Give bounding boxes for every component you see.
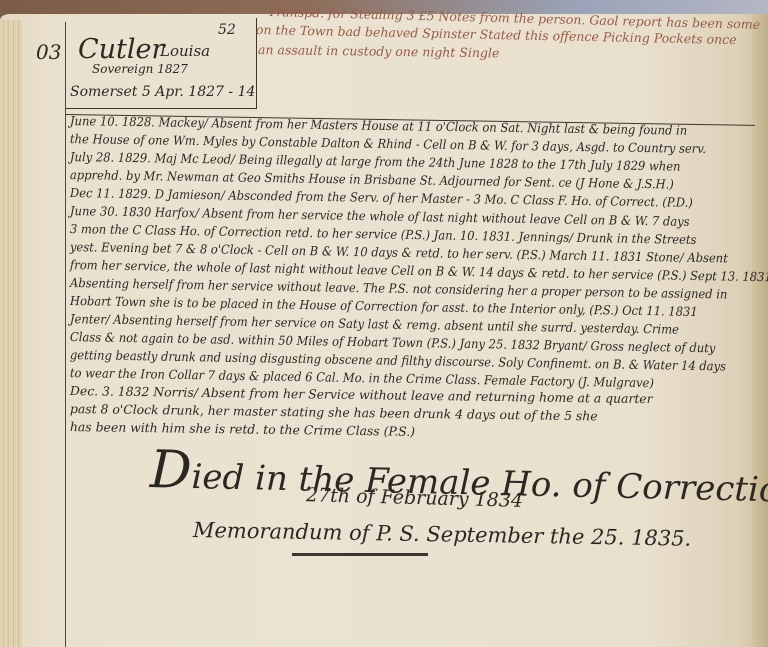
convict-surname: Cutler — [78, 34, 164, 65]
book-binding-edge — [752, 14, 768, 647]
convict-given-name: Louisa — [160, 42, 210, 60]
ship-name: Sovereign 1827 — [92, 62, 188, 76]
death-notice-initial: D — [149, 440, 192, 501]
book-page-edges — [0, 20, 22, 647]
header-separator-rule — [65, 108, 257, 109]
arrival-record: Somerset 5 Apr. 1827 - 14 — [70, 84, 255, 100]
register-number: 03 — [36, 40, 61, 64]
margin-rule — [65, 22, 66, 647]
closing-rule — [292, 553, 428, 556]
page-number: 52 — [218, 22, 236, 38]
